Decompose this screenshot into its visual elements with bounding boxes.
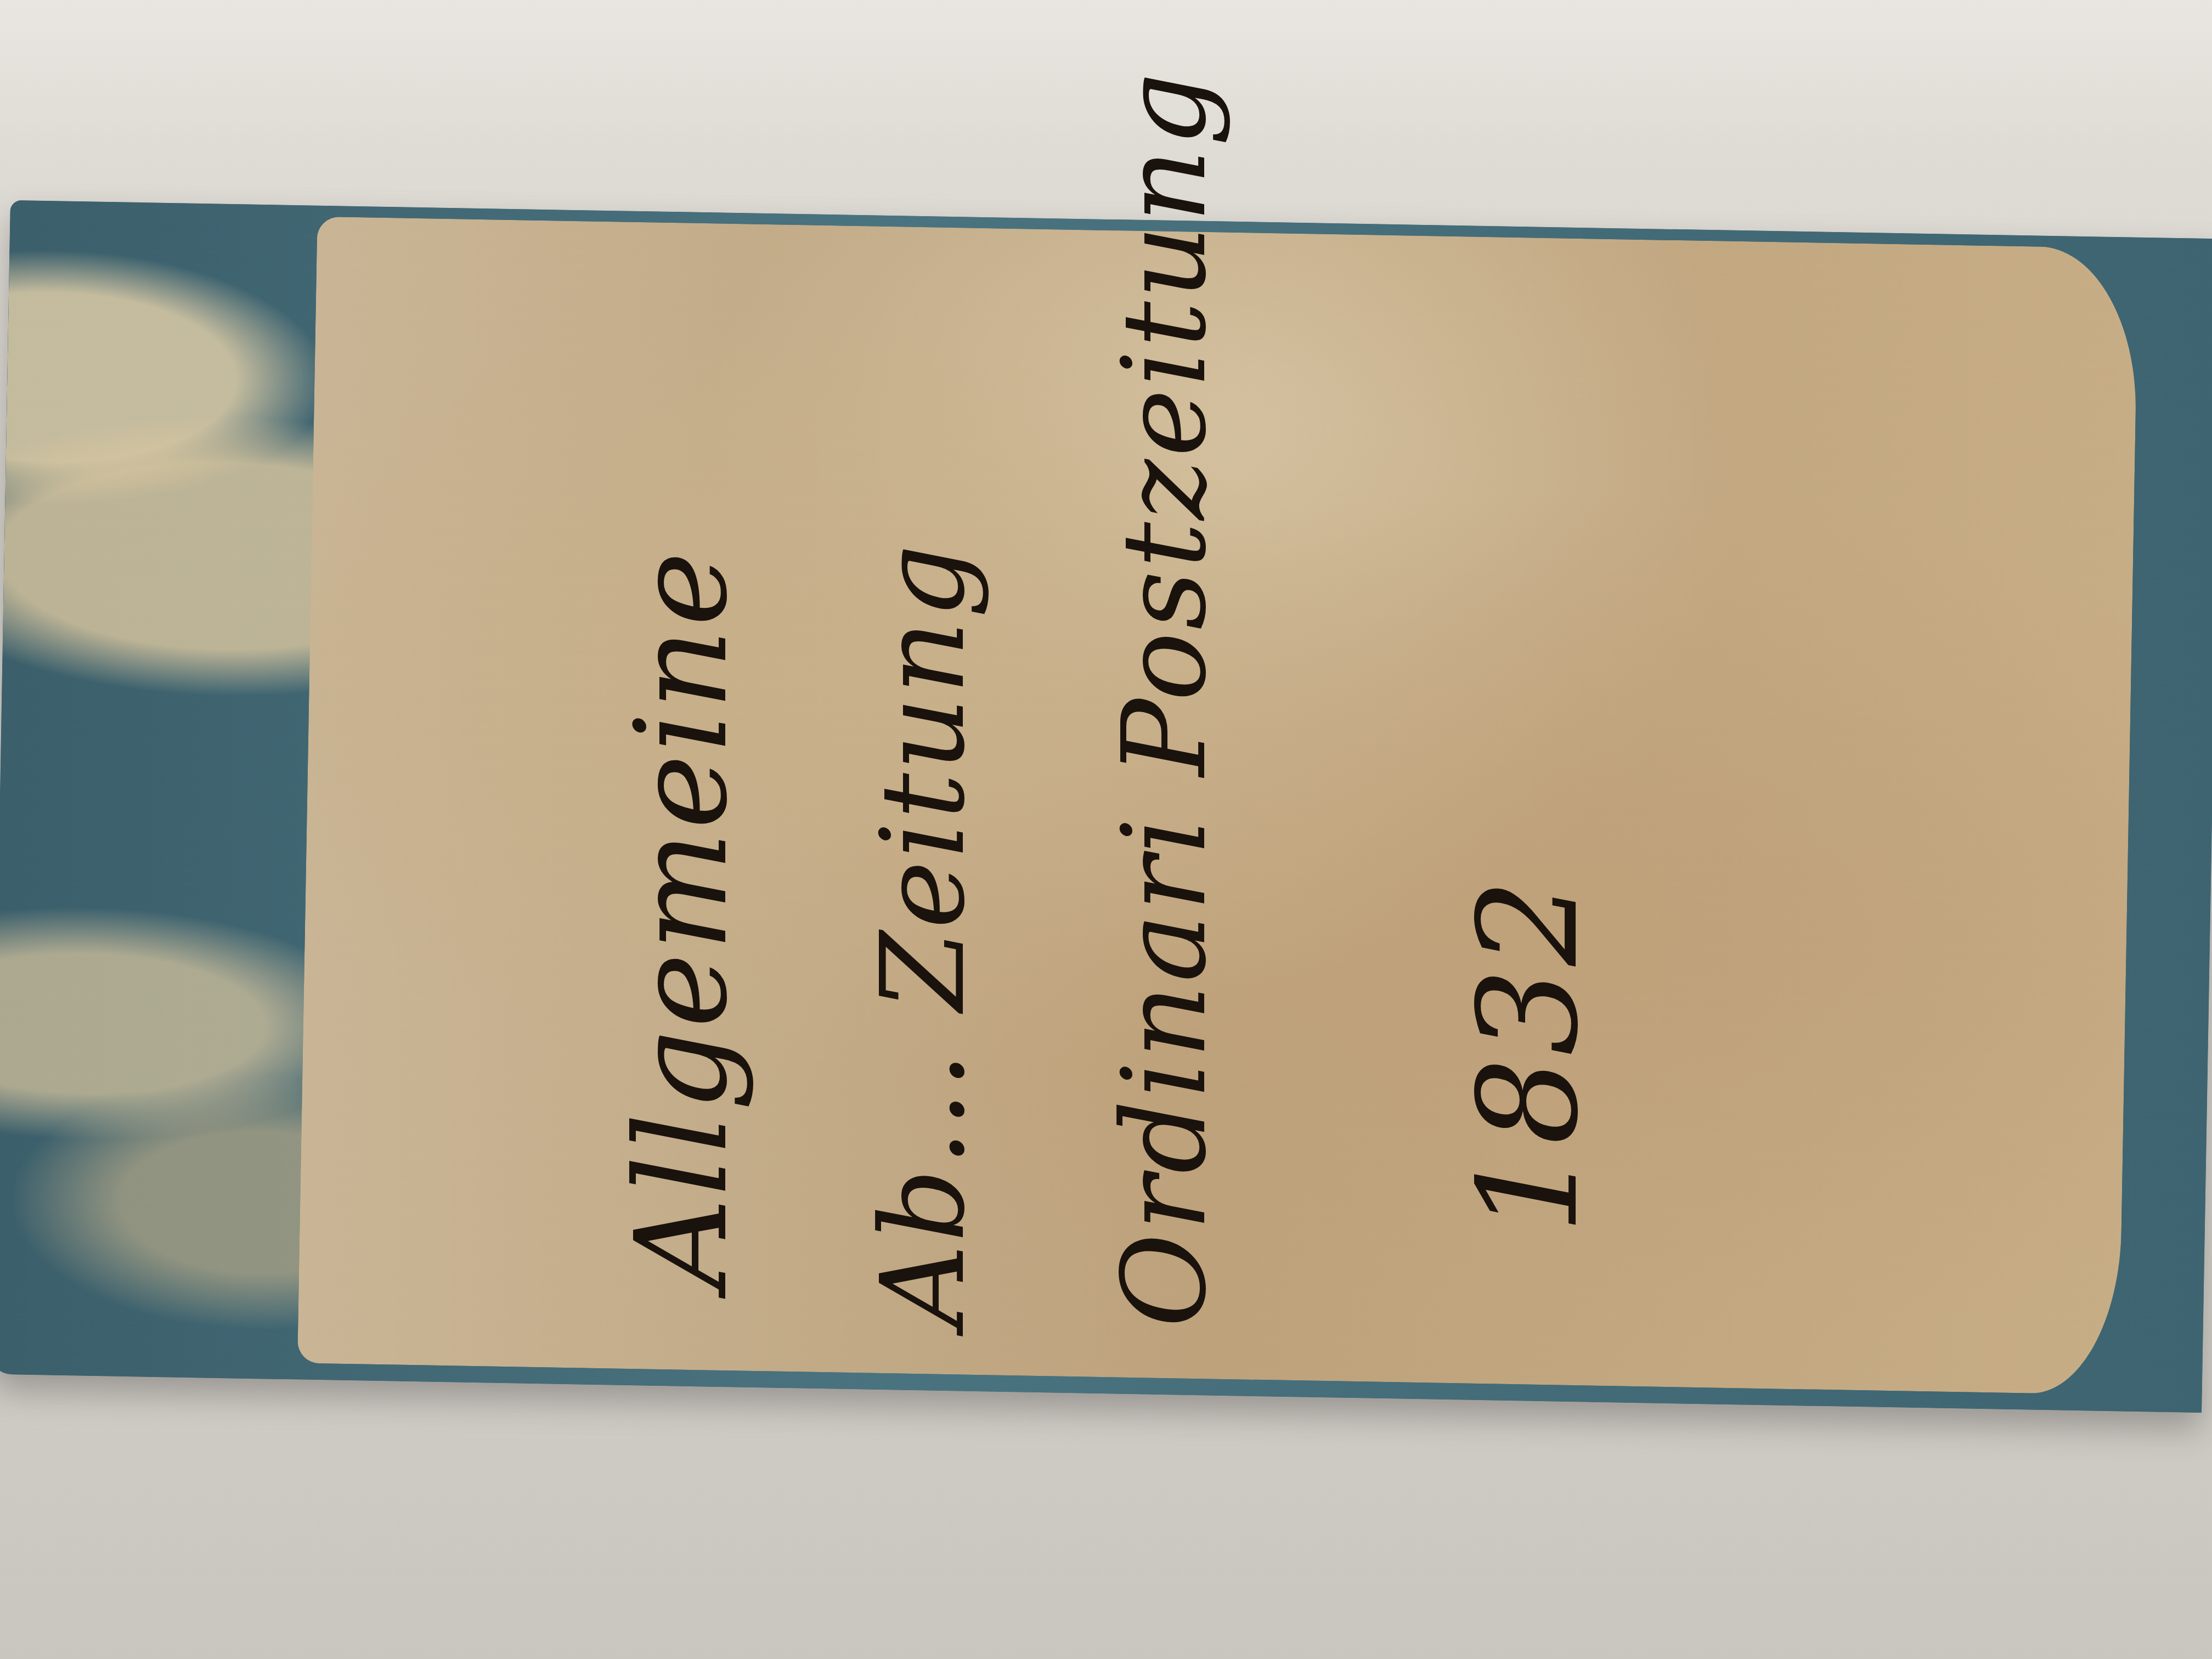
photo-scene: Allgemeine Ab... Zeitung Ordinari Postze… bbox=[0, 0, 2212, 1659]
label-line-1: Allgemeine bbox=[609, 549, 755, 1289]
label-line-2: Ab... Zeitung bbox=[856, 542, 990, 1328]
label-line-3: Ordinari Postzeitung bbox=[1097, 70, 1232, 1328]
label-year: 1832 bbox=[1448, 877, 1608, 1234]
